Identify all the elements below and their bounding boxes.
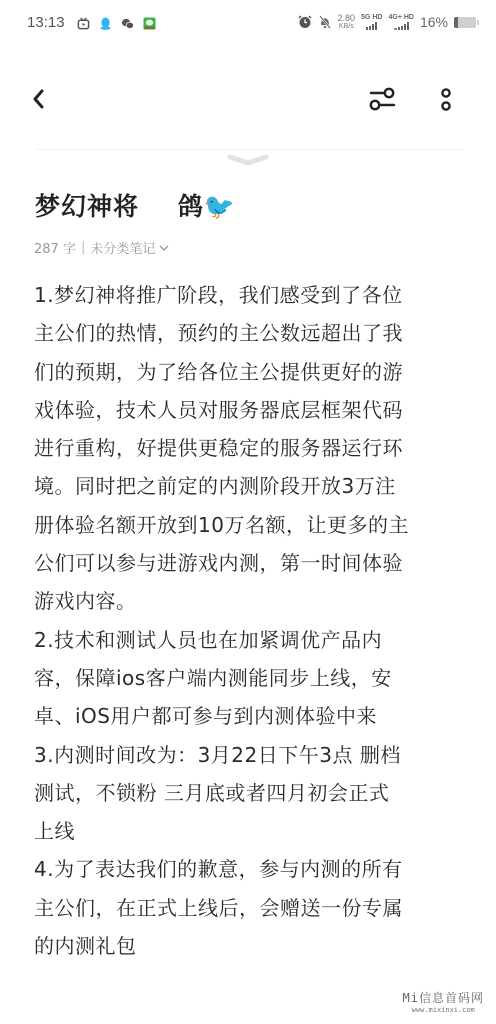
meta-separator: | [81,240,85,255]
watermark-url: www.mixinxi.com [403,1006,484,1014]
body-line: 卓、iOS用户都可参与到内测体验中来 [34,697,464,735]
sim2-signal: 4G+ HD [388,14,413,30]
note-toolbar [0,70,496,130]
folder-name: 未分类笔记 [90,238,155,257]
body-line: 游戏内容。 [34,582,464,620]
notification-icons [77,17,156,30]
body-line: 戏体验，技术人员对服务器底层框架代码 [34,391,464,429]
body-line: 2.技术和测试人员也在加紧调优产品内 [34,621,464,659]
more-vertical-icon [432,82,460,116]
battery-icon [454,17,476,28]
body-line: 1.梦幻神将推广阶段，我们感受到了各位 [34,276,464,314]
toolbar-divider [36,149,464,150]
expand-handle[interactable] [226,153,270,169]
body-line: 们的预期，为了给各位主公提供更好的游 [34,353,464,391]
body-line: 4.为了表达我们的歉意，参与内测的所有 [34,850,464,888]
wechat-icon [121,17,134,30]
body-line: 公们可以参与进游戏内测，第一时间体验 [34,544,464,582]
body-line: 主公们的热情，预约的主公数远超出了我 [34,314,464,352]
bell-off-icon [318,15,332,29]
word-count: 287 字 [34,238,76,257]
chevron-down-icon [226,153,270,169]
alarm-icon [298,15,312,29]
body-line: 上线 [34,812,464,850]
watermark-title: Mi信息首码网 [403,989,484,1006]
format-settings-button[interactable] [364,82,400,116]
signal-bars-icon [388,22,413,30]
chevron-left-icon [28,84,56,114]
more-options-button[interactable] [432,82,460,116]
sim1-signal: 5G HD [361,14,382,30]
note-title[interactable]: 梦幻神将 鸽🐦 [35,187,236,223]
body-line: 容，保障ios客户端内测能同步上线，安 [34,659,464,697]
chevron-down-icon [159,244,169,252]
folder-selector[interactable]: 未分类笔记 [90,238,169,257]
green-app-icon [143,17,156,30]
tv-icon [77,17,90,30]
signal-bars-icon [361,22,382,30]
clock: 13:13 [27,14,65,31]
network-speed: 2.80 KB/s [338,13,356,31]
note-body[interactable]: 1.梦幻神将推广阶段，我们感受到了各位 主公们的热情，预约的主公数远超出了我 们… [34,276,464,965]
body-line: 册体验名额开放到10万名额，让更多的主 [34,506,464,544]
sliders-icon [364,82,400,116]
body-line: 的内测礼包 [34,927,464,965]
qq-icon [99,17,112,30]
body-line: 测试，不锁粉 三月底或者四月初会正式 [34,774,464,812]
body-line: 主公们，在正式上线后，会赠送一份专属 [34,889,464,927]
note-meta: 287 字 | 未分类笔记 [34,238,169,257]
watermark: Mi信息首码网 www.mixinxi.com [403,989,484,1014]
body-line: 境。同时把之前定的内测阶段开放3万注 [34,467,464,505]
system-icons: 2.80 KB/s 5G HD 4G+ HD 16% [298,13,476,31]
back-button[interactable] [28,84,56,114]
body-line: 进行重构，好提供更稳定的服务器运行环 [34,429,464,467]
status-bar: 13:13 2.80 KB/s 5G HD 4G+ HD 16% [0,0,496,50]
body-line: 3.内测时间改为：3月22日下午3点 删档 [34,736,464,774]
battery-percent: 16% [420,14,448,30]
